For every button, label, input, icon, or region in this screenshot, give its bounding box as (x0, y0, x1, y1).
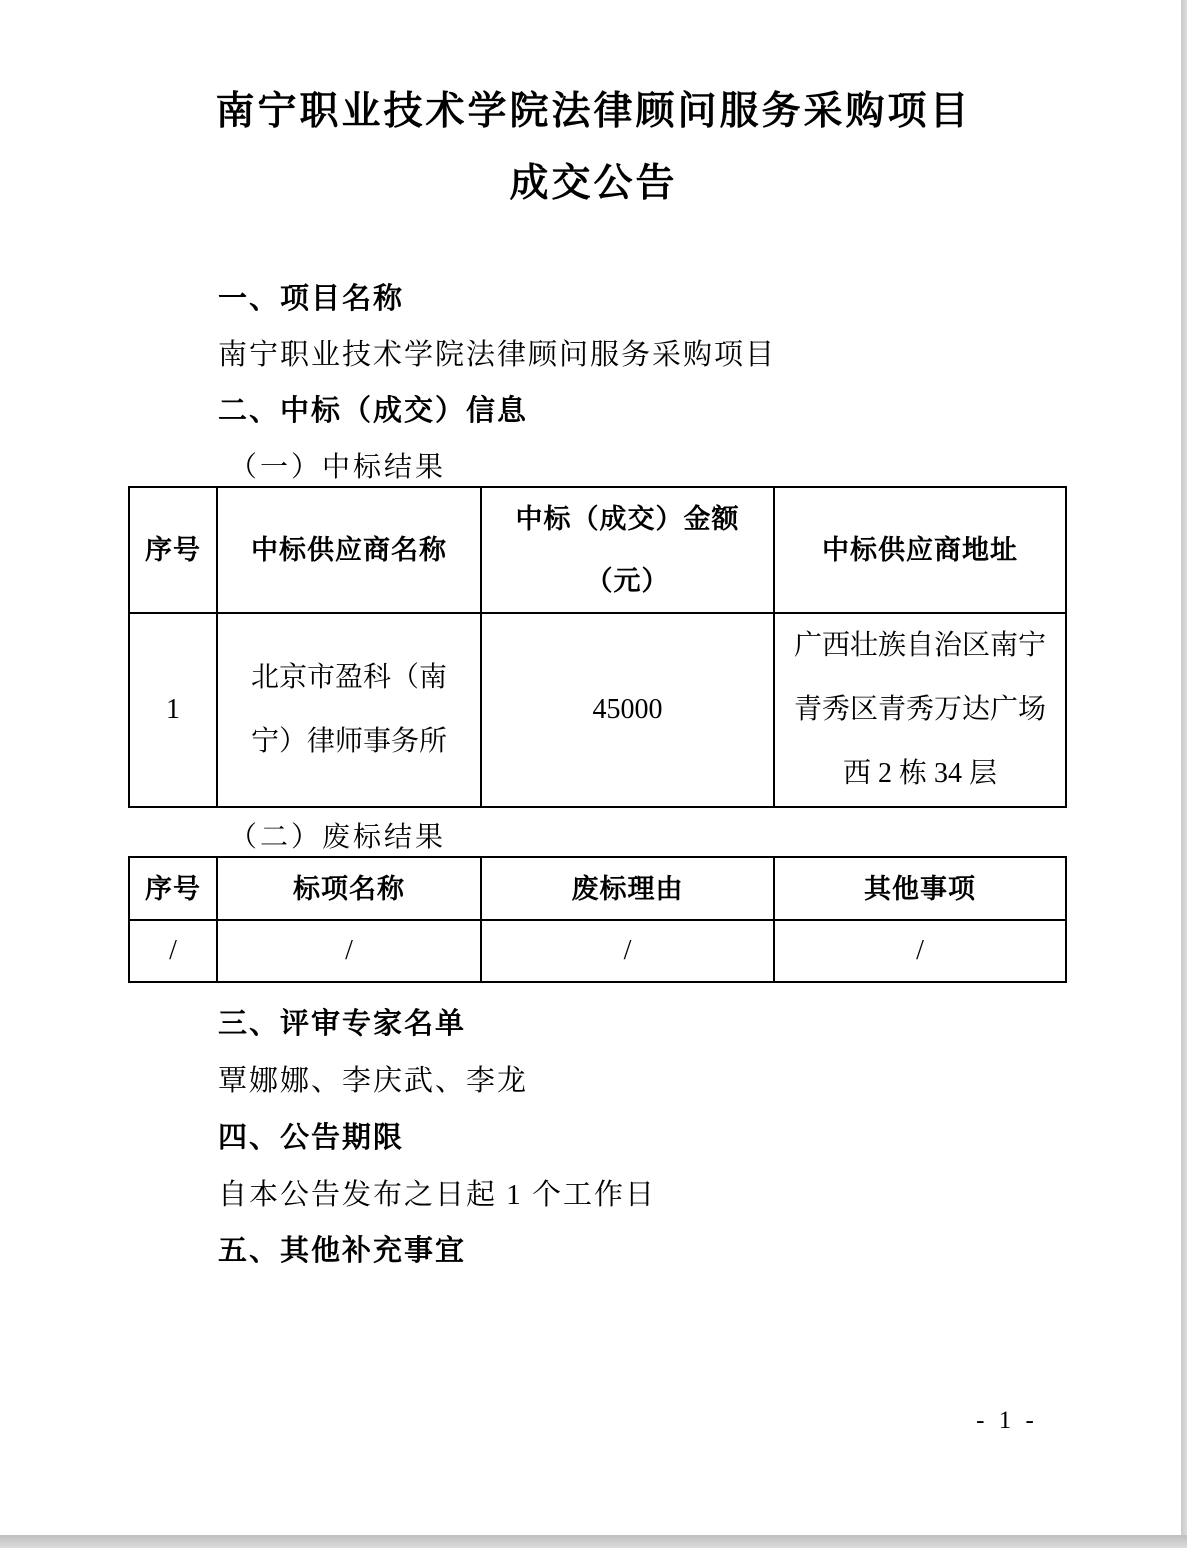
award-header-amount: 中标（成交）金额 （元） (481, 487, 774, 613)
rejection-table-header-row: 序号 标项名称 废标理由 其他事项 (129, 857, 1066, 920)
section4-body: 自本公告发布之日起 1 个工作日 (218, 1172, 656, 1213)
award-table-row: 1 北京市盈科（南 宁）律师事务所 45000 广西壮族自治区南宁 青秀区青秀万… (129, 613, 1066, 807)
rejection-cell-other: / (774, 920, 1066, 982)
award-cell-supplier-address: 广西壮族自治区南宁 青秀区青秀万达广场 西 2 栋 34 层 (774, 613, 1066, 807)
rejection-header-seq: 序号 (129, 857, 217, 920)
document-title-line1: 南宁职业技术学院法律顾问服务采购项目 (0, 80, 1187, 136)
award-header-supplier-name: 中标供应商名称 (217, 487, 481, 613)
award-header-supplier-address: 中标供应商地址 (774, 487, 1066, 613)
page-number: - 1 - (952, 1407, 1062, 1435)
section5-heading: 五、其他补充事宜 (218, 1228, 466, 1269)
rejection-table-row: / / / / (129, 920, 1066, 982)
rejection-header-other: 其他事项 (774, 857, 1066, 920)
award-header-seq: 序号 (129, 487, 217, 613)
section1-heading: 一、项目名称 (218, 276, 404, 317)
award-cell-supplier-name: 北京市盈科（南 宁）律师事务所 (217, 613, 481, 807)
scan-edge-right (1181, 0, 1187, 1548)
document-title-line2: 成交公告 (0, 152, 1187, 208)
award-cell-seq: 1 (129, 613, 217, 807)
document-page: 南宁职业技术学院法律顾问服务采购项目 成交公告 一、项目名称 南宁职业技术学院法… (0, 0, 1187, 1548)
section2-heading: 二、中标（成交）信息 (218, 388, 528, 429)
rejection-cell-seq: / (129, 920, 217, 982)
rejection-cell-reason: / (481, 920, 774, 982)
rejection-header-lot-name: 标项名称 (217, 857, 481, 920)
award-results-table: 序号 中标供应商名称 中标（成交）金额 （元） 中标供应商地址 1 北京市盈科（… (128, 486, 1067, 808)
section2-sub1-heading: （一）中标结果 (229, 445, 446, 485)
award-table-header-row: 序号 中标供应商名称 中标（成交）金额 （元） 中标供应商地址 (129, 487, 1066, 613)
section2-sub2-heading: （二）废标结果 (229, 815, 446, 855)
section4-heading: 四、公告期限 (218, 1115, 404, 1156)
section3-heading: 三、评审专家名单 (218, 1001, 466, 1042)
scan-edge-bottom (0, 1535, 1187, 1548)
section1-body: 南宁职业技术学院法律顾问服务采购项目 (218, 332, 776, 373)
rejection-cell-lot-name: / (217, 920, 481, 982)
award-cell-amount: 45000 (481, 613, 774, 807)
section3-body: 覃娜娜、李庆武、李龙 (218, 1058, 528, 1099)
rejection-results-table: 序号 标项名称 废标理由 其他事项 / / / / (128, 856, 1067, 983)
rejection-header-reason: 废标理由 (481, 857, 774, 920)
